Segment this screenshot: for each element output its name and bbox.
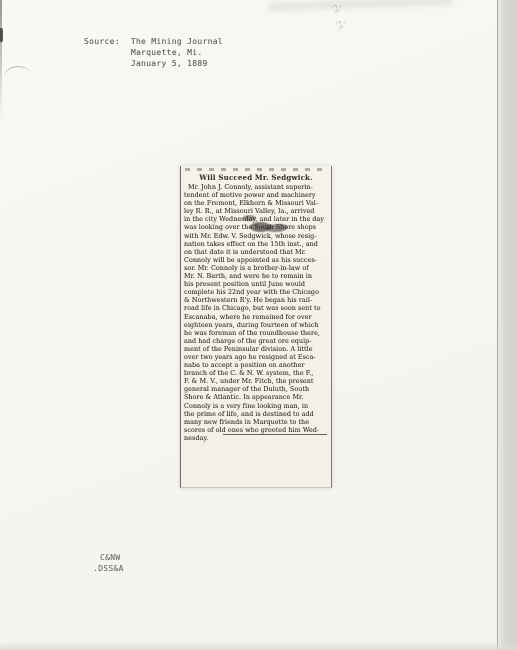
source-citation-lines: The Mining Journal Marquette, Mi. Januar…	[131, 36, 223, 69]
page-edge-bottom-shadow	[0, 642, 517, 650]
article-end-rule	[223, 434, 327, 435]
railroad-abbrev-dssa: .DSS&A	[93, 564, 124, 573]
page-edge-left-shadow	[0, 0, 2, 120]
newspaper-clipping: Will Succeed Mr. Sedgwick. Mr. John J. C…	[180, 166, 332, 488]
pencil-stray-mark	[3, 64, 31, 80]
article-headline: Will Succeed Mr. Sedgwick.	[184, 174, 328, 182]
ink-smudge	[243, 215, 256, 221]
scanned-page: Source: The Mining Journal Marquette, Mi…	[0, 0, 517, 650]
clipping-cut-remnant	[185, 168, 327, 171]
source-citation: Source: The Mining Journal Marquette, Mi…	[84, 36, 223, 69]
pencil-number-mark: 2-	[335, 17, 349, 32]
scan-smear	[268, 0, 453, 11]
railroad-abbrev-cnw: C&NW	[100, 553, 120, 562]
binder-edge-mark	[0, 28, 3, 42]
scanner-background-strip	[498, 0, 517, 650]
source-label: Source:	[84, 36, 120, 69]
